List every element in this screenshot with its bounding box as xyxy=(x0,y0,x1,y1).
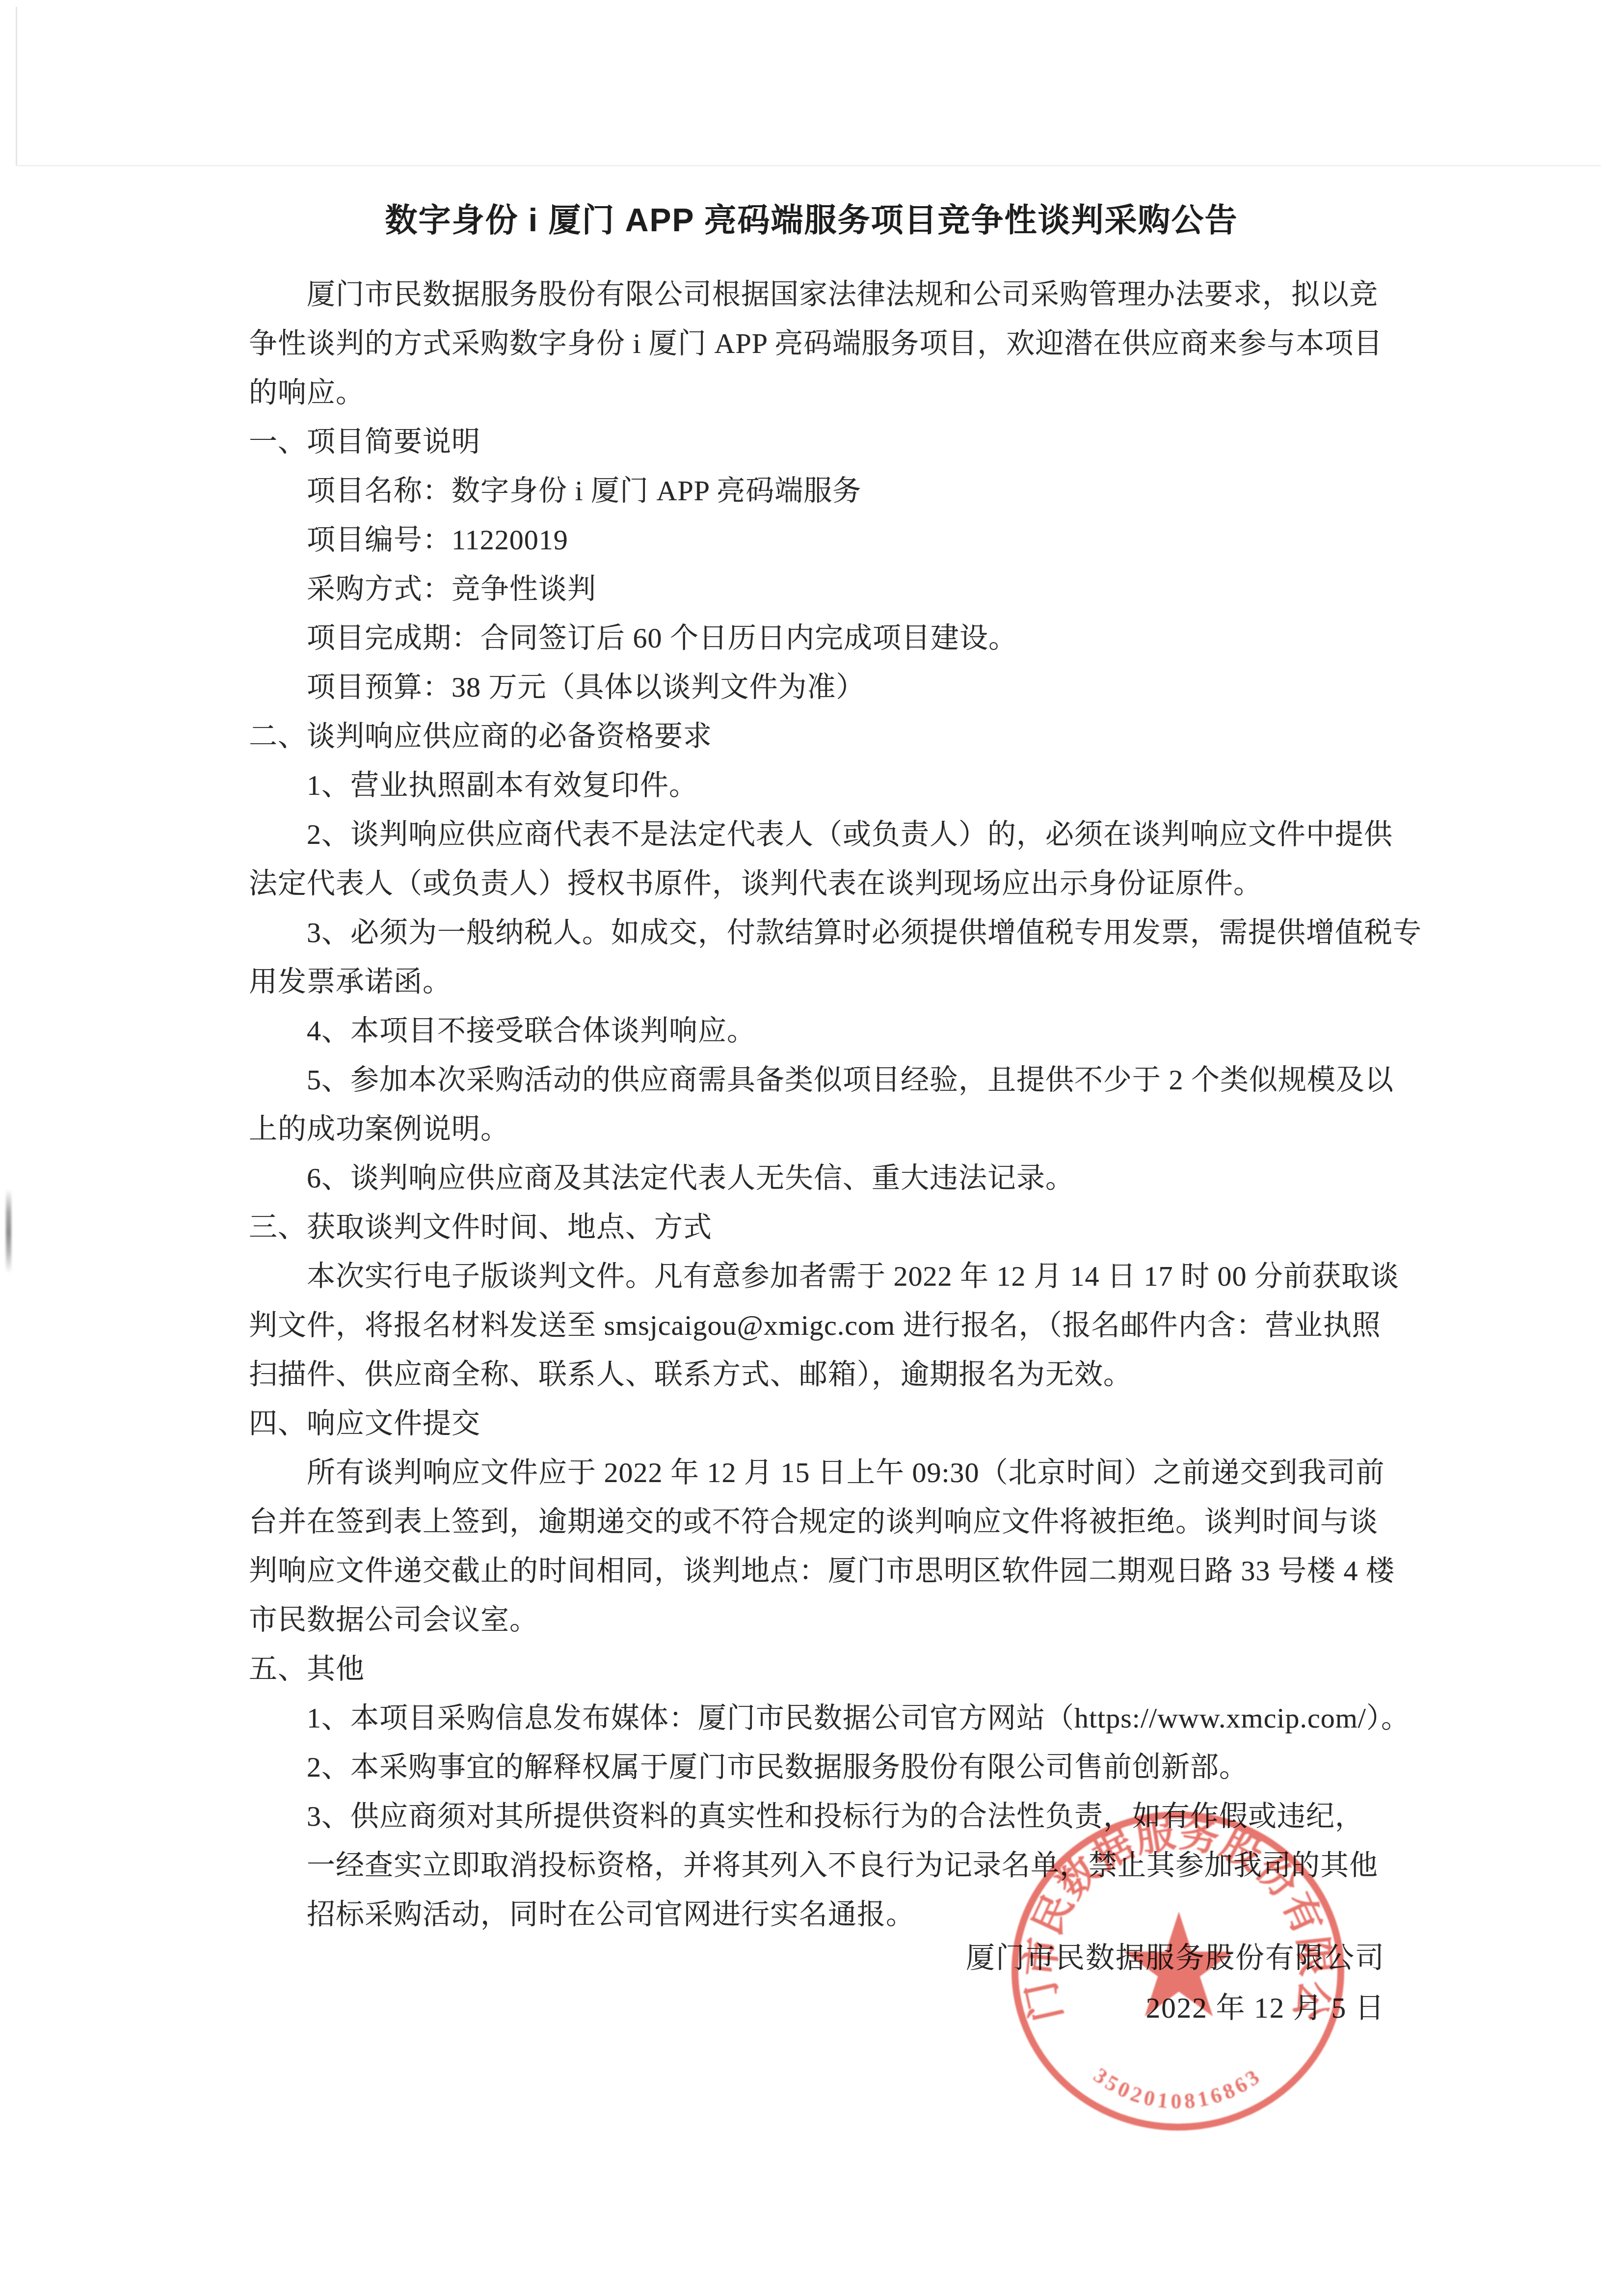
other-item: 3、供应商须对其所提供资料的真实性和投标行为的合法性负责，如有作假或违纪， xyxy=(249,1792,1407,1841)
scanned-document-page: 数字身份 i 厦门 APP 亮码端服务项目竞争性谈判采购公告 厦门市民数据服务股… xyxy=(0,0,1623,2296)
project-name-line: 项目名称：数字身份 i 厦门 APP 亮码端服务 xyxy=(249,466,1407,515)
requirement-item-continuation: 用发票承诺函。 xyxy=(249,957,1407,1006)
section-heading-3: 三、获取谈判文件时间、地点、方式 xyxy=(249,1203,1407,1252)
section-3-paragraph: 扫描件、供应商全称、联系人、联系方式、邮箱），逾期报名为无效。 xyxy=(249,1350,1407,1399)
intro-line: 争性谈判的方式采购数字身份 i 厦门 APP 亮码端服务项目，欢迎潜在供应商来参… xyxy=(249,319,1407,368)
section-4-paragraph: 台并在签到表上签到，逾期递交的或不符合规定的谈判响应文件将被拒绝。谈判时间与谈 xyxy=(249,1497,1407,1546)
requirement-item: 1、营业执照副本有效复印件。 xyxy=(249,761,1407,810)
requirement-item: 4、本项目不接受联合体谈判响应。 xyxy=(249,1006,1407,1055)
other-item: 1、本项目采购信息发布媒体：厦门市民数据公司官方网站（https://www.x… xyxy=(249,1694,1407,1743)
requirement-item: 6、谈判响应供应商及其法定代表人无失信、重大违法记录。 xyxy=(249,1154,1407,1203)
document-body: 厦门市民数据服务股份有限公司根据国家法律法规和公司采购管理办法要求，拟以竞 争性… xyxy=(249,270,1407,1939)
signature-date: 2022 年 12 月 5 日 xyxy=(0,1983,1385,2032)
requirement-item-continuation: 法定代表人（或负责人）授权书原件，谈判代表在谈判现场应出示身份证原件。 xyxy=(249,859,1407,908)
other-item: 2、本采购事宜的解释权属于厦门市民数据服务股份有限公司售前创新部。 xyxy=(249,1743,1407,1792)
scan-artifact-horizontal-line xyxy=(16,165,1601,166)
section-heading-5: 五、其他 xyxy=(249,1645,1407,1694)
seal-code-number: 3502010816863 xyxy=(1089,2063,1266,2114)
section-4-paragraph: 所有谈判响应文件应于 2022 年 12 月 15 日上午 09:30（北京时间… xyxy=(249,1448,1407,1497)
document-title: 数字身份 i 厦门 APP 亮码端服务项目竞争性谈判采购公告 xyxy=(0,195,1623,244)
other-item-continuation: 一经查实立即取消投标资格，并将其列入不良行为记录名单，禁止其参加我司的其他 xyxy=(249,1841,1407,1890)
other-item-continuation: 招标采购活动，同时在公司官网进行实名通报。 xyxy=(249,1890,1407,1939)
section-4-paragraph: 市民数据公司会议室。 xyxy=(249,1595,1407,1645)
project-number-line: 项目编号：11220019 xyxy=(249,515,1407,565)
section-4-paragraph: 判响应文件递交截止的时间相同，谈判地点：厦门市思明区软件园二期观日路 33 号楼… xyxy=(249,1546,1407,1595)
requirement-item: 5、参加本次采购活动的供应商需具备类似项目经验，且提供不少于 2 个类似规模及以 xyxy=(249,1055,1407,1105)
section-heading-2: 二、谈判响应供应商的必备资格要求 xyxy=(249,712,1407,761)
intro-line: 厦门市民数据服务股份有限公司根据国家法律法规和公司采购管理办法要求，拟以竞 xyxy=(249,270,1407,319)
signature-company: 厦门市民数据服务股份有限公司 xyxy=(0,1933,1385,1982)
project-deadline-line: 项目完成期：合同签订后 60 个日历日内完成项目建设。 xyxy=(249,614,1407,663)
intro-line: 的响应。 xyxy=(249,368,1407,417)
section-heading-4: 四、响应文件提交 xyxy=(249,1399,1407,1448)
section-3-paragraph: 本次实行电子版谈判文件。凡有意参加者需于 2022 年 12 月 14 日 17… xyxy=(249,1252,1407,1301)
section-3-paragraph: 判文件，将报名材料发送至 smsjcaigou@xmigc.com 进行报名，（… xyxy=(249,1301,1407,1350)
section-heading-1: 一、项目简要说明 xyxy=(249,417,1407,466)
requirement-item: 2、谈判响应供应商代表不是法定代表人（或负责人）的，必须在谈判响应文件中提供 xyxy=(249,810,1407,859)
procurement-method-line: 采购方式：竞争性谈判 xyxy=(249,565,1407,614)
requirement-item: 3、必须为一般纳税人。如成交，付款结算时必须提供增值税专用发票，需提供增值税专 xyxy=(249,908,1407,957)
requirement-item-continuation: 上的成功案例说明。 xyxy=(249,1105,1407,1154)
scan-artifact-edge-smudge xyxy=(6,1189,11,1273)
scan-artifact-vertical-line xyxy=(16,7,17,166)
project-budget-line: 项目预算：38 万元（具体以谈判文件为准） xyxy=(249,663,1407,712)
